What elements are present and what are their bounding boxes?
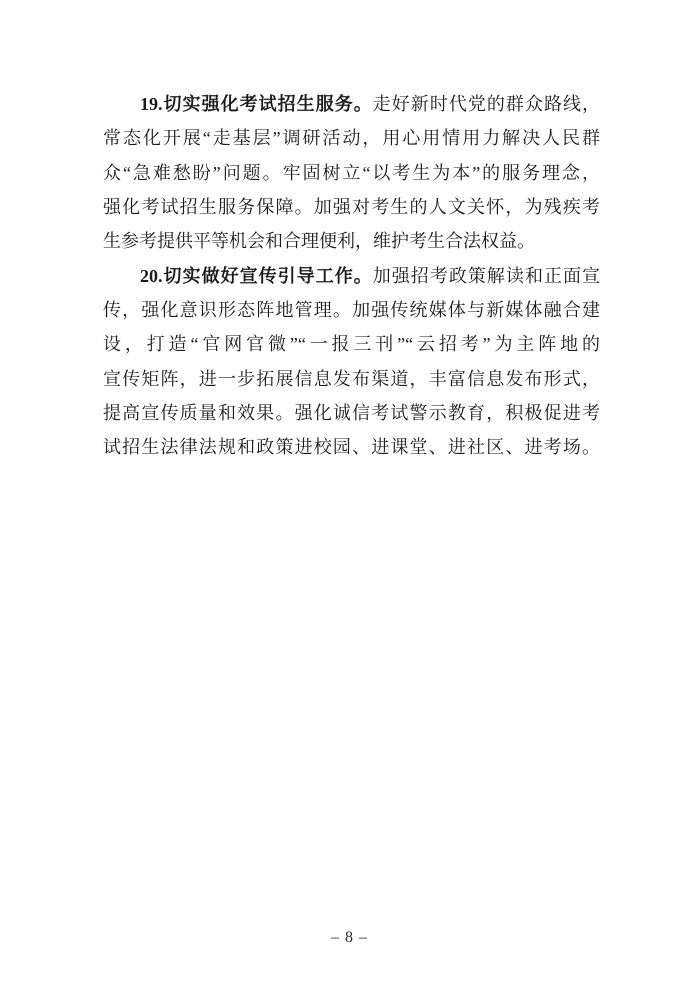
- paragraph-item-20: 20.切实做好宣传引导工作。加强招考政策解读和正面宣 传，强化意识形态阵地管理。…: [103, 259, 600, 465]
- text-line: 19.切实强化考试招生服务。走好新时代党的群众路线，: [103, 87, 600, 121]
- text-run: 加强招考政策解读和正面宣: [373, 266, 600, 286]
- text-line: 试招生法律法规和政策进校园、进课堂、进社区、进考场。: [103, 430, 600, 464]
- paragraph-item-19: 19.切实强化考试招生服务。走好新时代党的群众路线， 常态化开展“走基层”调研活…: [103, 87, 600, 259]
- text-line: 众“急难愁盼”问题。牢固树立“以考生为本”的服务理念，: [103, 156, 600, 190]
- paragraph-20-lead: 20.切实做好宣传引导工作。: [140, 266, 373, 286]
- document-page: 19.切实强化考试招生服务。走好新时代党的群众路线， 常态化开展“走基层”调研活…: [0, 0, 699, 988]
- text-line: 生参考提供平等机会和合理便利，维护考生合法权益。: [103, 224, 600, 258]
- document-body: 19.切实强化考试招生服务。走好新时代党的群众路线， 常态化开展“走基层”调研活…: [103, 87, 600, 465]
- page-footer: – 8 –: [0, 929, 699, 947]
- text-line: 提高宣传质量和效果。强化诚信考试警示教育，积极促进考: [103, 396, 600, 430]
- text-run: 走好新时代党的群众路线，: [373, 94, 600, 114]
- text-line: 强化考试招生服务保障。加强对考生的人文关怀，为残疾考: [103, 190, 600, 224]
- text-line: 20.切实做好宣传引导工作。加强招考政策解读和正面宣: [103, 259, 600, 293]
- text-line: 常态化开展“走基层”调研活动，用心用情用力解决人民群: [103, 121, 600, 155]
- text-line: 设，打造“官网官微”“一报三刊”“云招考”为主阵地的: [103, 327, 600, 361]
- text-line: 宣传矩阵，进一步拓展信息发布渠道，丰富信息发布形式，: [103, 362, 600, 396]
- page-number: – 8 –: [331, 929, 368, 946]
- paragraph-19-lead: 19.切实强化考试招生服务。: [140, 94, 373, 114]
- text-line: 传，强化意识形态阵地管理。加强传统媒体与新媒体融合建: [103, 293, 600, 327]
